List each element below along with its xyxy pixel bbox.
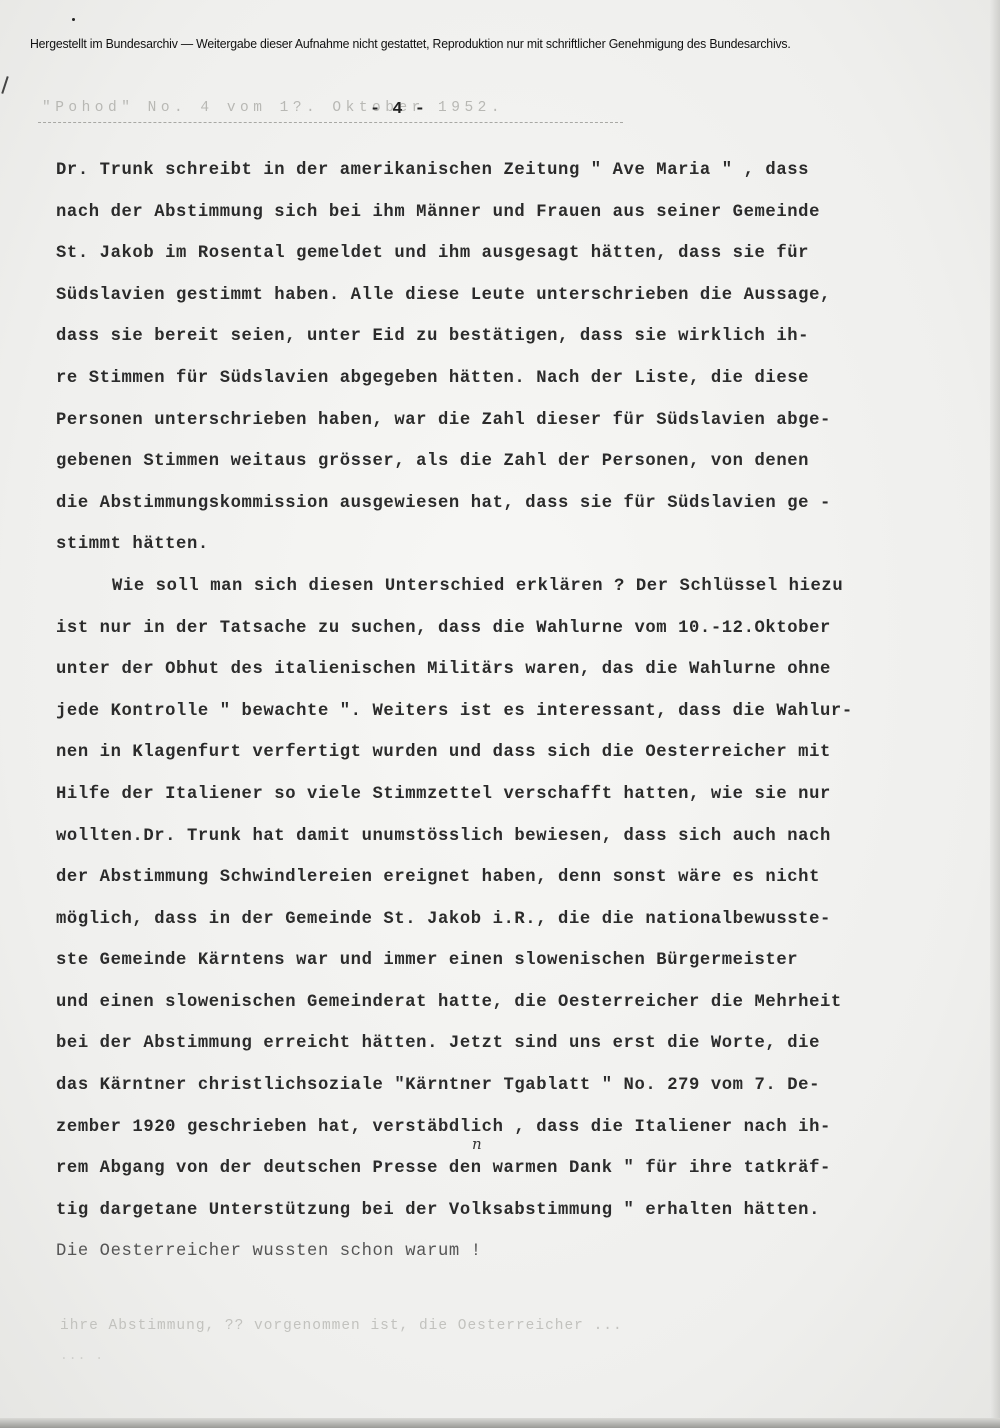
document-page: Hergestellt im Bundesarchiv — Weitergabe…: [0, 0, 1000, 1428]
speck-mark: [72, 18, 75, 21]
text-line: rem Abgang von der deutschen Presse den …: [56, 1148, 976, 1190]
text-line: gebenen Stimmen weitaus grösser, als die…: [56, 441, 976, 483]
text-line: bei der Abstimmung erreicht hätten. Jetz…: [56, 1023, 976, 1065]
bleed-through-header: "Pohod" No. 4 vom 1?. Oktober 1952.: [42, 100, 504, 116]
text-line: ist nur in der Tatsache zu suchen, dass …: [56, 608, 976, 650]
text-line: re Stimmen für Südslavien abgegeben hätt…: [56, 358, 976, 400]
text-line: nach der Abstimmung sich bei ihm Männer …: [56, 192, 976, 234]
text-line: Die Oesterreicher wussten schon warum !: [56, 1231, 976, 1273]
archive-copyright-note: Hergestellt im Bundesarchiv — Weitergabe…: [30, 36, 923, 51]
text-line: Dr. Trunk schreibt in der amerikanischen…: [56, 150, 976, 192]
pen-mark: [1, 76, 8, 94]
text-line: St. Jakob im Rosental gemeldet und ihm a…: [56, 233, 976, 275]
handwritten-correction: n: [472, 1135, 482, 1153]
text-line: zember 1920 geschrieben hat, verstäbdlic…: [56, 1107, 976, 1149]
text-line: die Abstimmungskommission ausgewiesen ha…: [56, 483, 976, 525]
text-line: Südslavien gestimmt haben. Alle diese Le…: [56, 275, 976, 317]
text-line: das Kärntner christlichsoziale "Kärntner…: [56, 1065, 976, 1107]
text-line: Personen unterschrieben haben, war die Z…: [56, 400, 976, 442]
text-line: stimmt hätten.: [56, 524, 976, 566]
text-line: wollten.Dr. Trunk hat damit unumstösslic…: [56, 816, 976, 858]
text-line: tig dargetane Unterstützung bei der Volk…: [56, 1190, 976, 1232]
paragraph-1: Dr. Trunk schreibt in der amerikanischen…: [56, 150, 976, 566]
page-number: - 4 -: [370, 100, 426, 119]
text-line: Wie soll man sich diesen Unterschied erk…: [56, 566, 976, 608]
bleed-through-text: ihre Abstimmung, ?? vorgenommen ist, die…: [60, 1318, 980, 1334]
text-line: dass sie bereit seien, unter Eid zu best…: [56, 316, 976, 358]
text-line: ste Gemeinde Kärntens war und immer eine…: [56, 940, 976, 982]
page-bottom-edge: [0, 1418, 1000, 1428]
page-edge-shadow: [990, 0, 1000, 1428]
typed-body-text: Dr. Trunk schreibt in der amerikanischen…: [56, 150, 976, 1273]
text-line: Hilfe der Italiener so viele Stimmzettel…: [56, 774, 976, 816]
text-line: möglich, dass in der Gemeinde St. Jakob …: [56, 899, 976, 941]
text-line: der Abstimmung Schwindlereien ereignet h…: [56, 857, 976, 899]
text-line: nen in Klagenfurt verfertigt wurden und …: [56, 732, 976, 774]
text-line: und einen slowenischen Gemeinderat hatte…: [56, 982, 976, 1024]
text-line: unter der Obhut des italienischen Militä…: [56, 649, 976, 691]
text-line: jede Kontrolle " bewachte ". Weiters ist…: [56, 691, 976, 733]
header-underline: [38, 122, 623, 124]
paragraph-2: Wie soll man sich diesen Unterschied erk…: [56, 566, 976, 1273]
bleed-through-text: ... .: [60, 1348, 980, 1363]
